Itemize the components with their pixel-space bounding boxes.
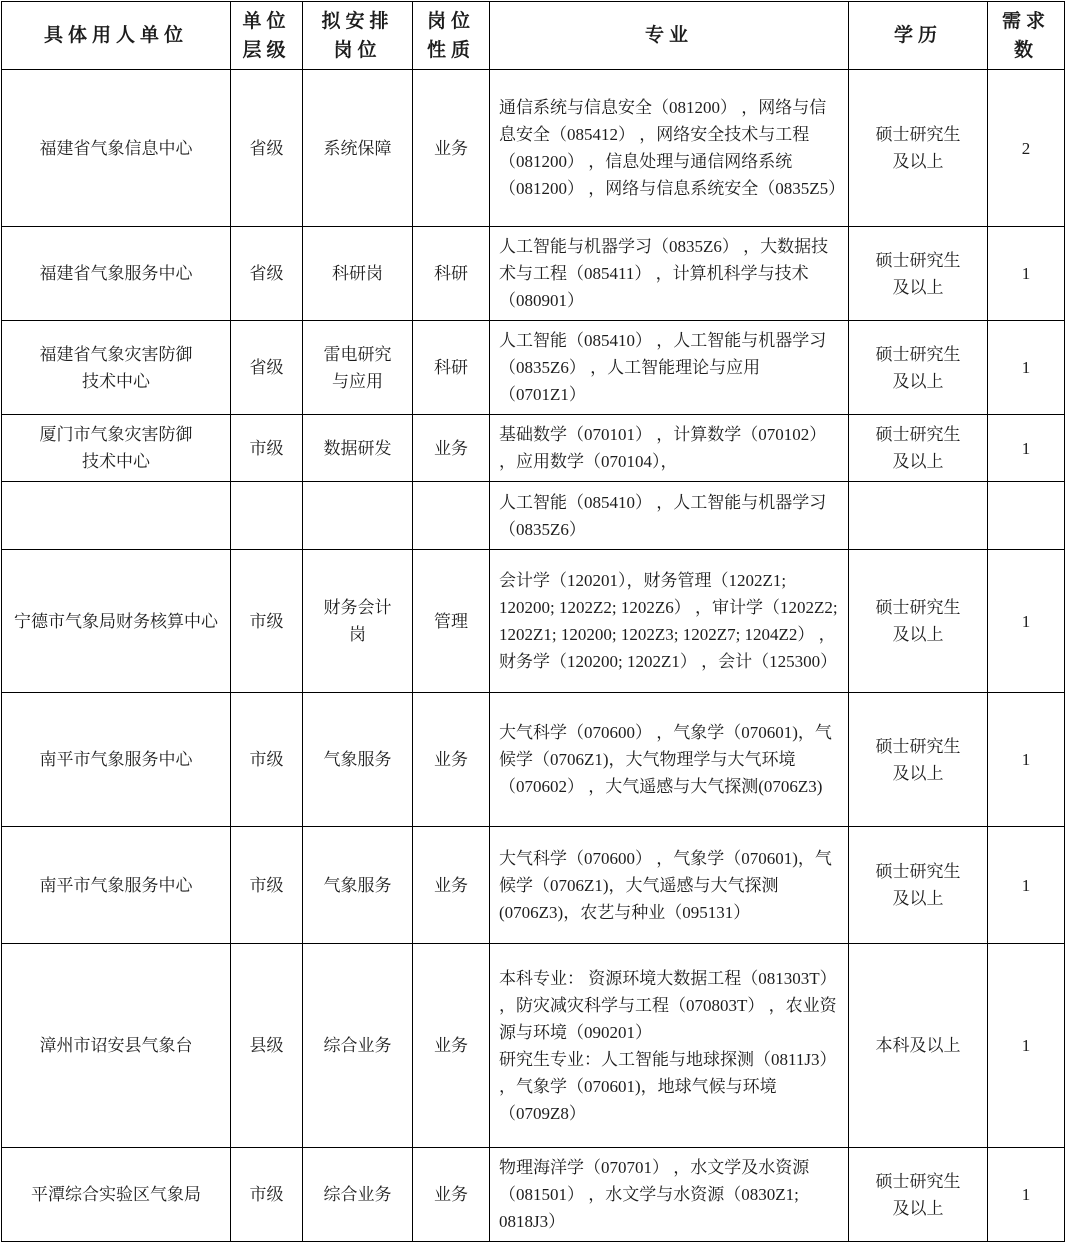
cell-level: 市级	[231, 1148, 303, 1242]
cell-position: 综合业务	[303, 944, 413, 1148]
cell-level: 省级	[231, 227, 303, 321]
cell-count: 1	[988, 550, 1065, 693]
cell-education	[849, 482, 988, 550]
col-header-major: 专业	[490, 2, 849, 70]
cell-position: 气象服务	[303, 827, 413, 944]
cell-position: 财务会计 岗	[303, 550, 413, 693]
cell-unit: 福建省气象灾害防御 技术中心	[2, 321, 231, 415]
header-row: 具体用人单位 单位 层级 拟安排 岗位 岗位 性质 专业 学历 需求 数	[2, 2, 1065, 70]
cell-position: 综合业务	[303, 1148, 413, 1242]
cell-major: 本科专业： 资源环境大数据工程（081303T） ，防灾减灾科学与工程（0708…	[490, 944, 849, 1148]
cell-major: 通信系统与信息安全（081200） ，网络与信息安全（085412） ，网络安全…	[490, 70, 849, 227]
cell-major: 大气科学（070600） ，气象学（070601)，气候学（0706Z1)，大气…	[490, 693, 849, 827]
cell-nature: 业务	[413, 693, 490, 827]
cell-major: 会计学（120201），财务管理（1202Z1; 120200; 1202Z2;…	[490, 550, 849, 693]
recruitment-table: 具体用人单位 单位 层级 拟安排 岗位 岗位 性质 专业 学历 需求 数 福建省…	[1, 1, 1065, 1242]
cell-unit: 宁德市气象局财务核算中心	[2, 550, 231, 693]
table-row: 南平市气象服务中心 市级 气象服务 业务 大气科学（070600） ，气象学（0…	[2, 827, 1065, 944]
table-row: 平潭综合实验区气象局 市级 综合业务 业务 物理海洋学（070701） ，水文学…	[2, 1148, 1065, 1242]
cell-nature: 业务	[413, 415, 490, 482]
cell-position: 雷电研究 与应用	[303, 321, 413, 415]
cell-nature: 科研	[413, 227, 490, 321]
cell-major: 人工智能（085410） ，人工智能与机器学习（0835Z6） ，人工智能理论与…	[490, 321, 849, 415]
document-sheet: 具体用人单位 单位 层级 拟安排 岗位 岗位 性质 专业 学历 需求 数 福建省…	[0, 0, 1066, 1233]
cell-count: 1	[988, 693, 1065, 827]
col-header-count: 需求 数	[988, 2, 1065, 70]
cell-position: 科研岗	[303, 227, 413, 321]
cell-education: 硕士研究生 及以上	[849, 827, 988, 944]
table-row: 福建省气象灾害防御 技术中心 省级 雷电研究 与应用 科研 人工智能（08541…	[2, 321, 1065, 415]
cell-unit: 平潭综合实验区气象局	[2, 1148, 231, 1242]
cell-education: 硕士研究生 及以上	[849, 321, 988, 415]
cell-nature: 管理	[413, 550, 490, 693]
cell-count	[988, 482, 1065, 550]
cell-unit: 南平市气象服务中心	[2, 827, 231, 944]
cell-major: 人工智能与机器学习（0835Z6） ，大数据技术与工程（085411） ，计算机…	[490, 227, 849, 321]
cell-level: 市级	[231, 693, 303, 827]
col-header-position: 拟安排 岗位	[303, 2, 413, 70]
table-row: 福建省气象服务中心 省级 科研岗 科研 人工智能与机器学习（0835Z6） ，大…	[2, 227, 1065, 321]
cell-level: 省级	[231, 321, 303, 415]
cell-level: 市级	[231, 415, 303, 482]
cell-level	[231, 482, 303, 550]
col-header-unit: 具体用人单位	[2, 2, 231, 70]
cell-nature: 业务	[413, 1148, 490, 1242]
cell-position: 气象服务	[303, 693, 413, 827]
cell-level: 县级	[231, 944, 303, 1148]
cell-education: 硕士研究生 及以上	[849, 693, 988, 827]
cell-count: 1	[988, 321, 1065, 415]
table-row: 漳州市诏安县气象台 县级 综合业务 业务 本科专业： 资源环境大数据工程（081…	[2, 944, 1065, 1148]
table-row: 南平市气象服务中心 市级 气象服务 业务 大气科学（070600） ，气象学（0…	[2, 693, 1065, 827]
cell-education: 硕士研究生 及以上	[849, 70, 988, 227]
cell-count: 1	[988, 827, 1065, 944]
cell-unit: 福建省气象信息中心	[2, 70, 231, 227]
cell-position	[303, 482, 413, 550]
cell-education: 硕士研究生 及以上	[849, 550, 988, 693]
cell-major: 人工智能（085410） ，人工智能与机器学习（0835Z6）	[490, 482, 849, 550]
cell-education: 硕士研究生 及以上	[849, 415, 988, 482]
col-header-education: 学历	[849, 2, 988, 70]
cell-level: 市级	[231, 827, 303, 944]
cell-count: 1	[988, 944, 1065, 1148]
table-row: 人工智能（085410） ，人工智能与机器学习（0835Z6）	[2, 482, 1065, 550]
cell-education: 硕士研究生 及以上	[849, 1148, 988, 1242]
cell-unit: 漳州市诏安县气象台	[2, 944, 231, 1148]
cell-count: 1	[988, 415, 1065, 482]
cell-level: 市级	[231, 550, 303, 693]
cell-unit: 南平市气象服务中心	[2, 693, 231, 827]
cell-level: 省级	[231, 70, 303, 227]
cell-unit	[2, 482, 231, 550]
cell-count: 1	[988, 1148, 1065, 1242]
cell-unit: 厦门市气象灾害防御 技术中心	[2, 415, 231, 482]
col-header-level: 单位 层级	[231, 2, 303, 70]
table-row: 厦门市气象灾害防御 技术中心 市级 数据研发 业务 基础数学（070101） ，…	[2, 415, 1065, 482]
cell-unit: 福建省气象服务中心	[2, 227, 231, 321]
cell-nature: 业务	[413, 70, 490, 227]
cell-nature	[413, 482, 490, 550]
table-row: 福建省气象信息中心 省级 系统保障 业务 通信系统与信息安全（081200） ，…	[2, 70, 1065, 227]
cell-major: 大气科学（070600） ，气象学（070601)，气候学（0706Z1)，大气…	[490, 827, 849, 944]
cell-major: 物理海洋学（070701） ，水文学及水资源（081501） ，水文学与水资源（…	[490, 1148, 849, 1242]
cell-count: 2	[988, 70, 1065, 227]
cell-count: 1	[988, 227, 1065, 321]
cell-nature: 业务	[413, 827, 490, 944]
cell-nature: 业务	[413, 944, 490, 1148]
cell-nature: 科研	[413, 321, 490, 415]
col-header-nature: 岗位 性质	[413, 2, 490, 70]
cell-education: 硕士研究生 及以上	[849, 227, 988, 321]
table-row: 宁德市气象局财务核算中心 市级 财务会计 岗 管理 会计学（120201），财务…	[2, 550, 1065, 693]
cell-major: 基础数学（070101） ，计算数学（070102） ，应用数学（070104）…	[490, 415, 849, 482]
cell-education: 本科及以上	[849, 944, 988, 1148]
cell-position: 数据研发	[303, 415, 413, 482]
cell-position: 系统保障	[303, 70, 413, 227]
